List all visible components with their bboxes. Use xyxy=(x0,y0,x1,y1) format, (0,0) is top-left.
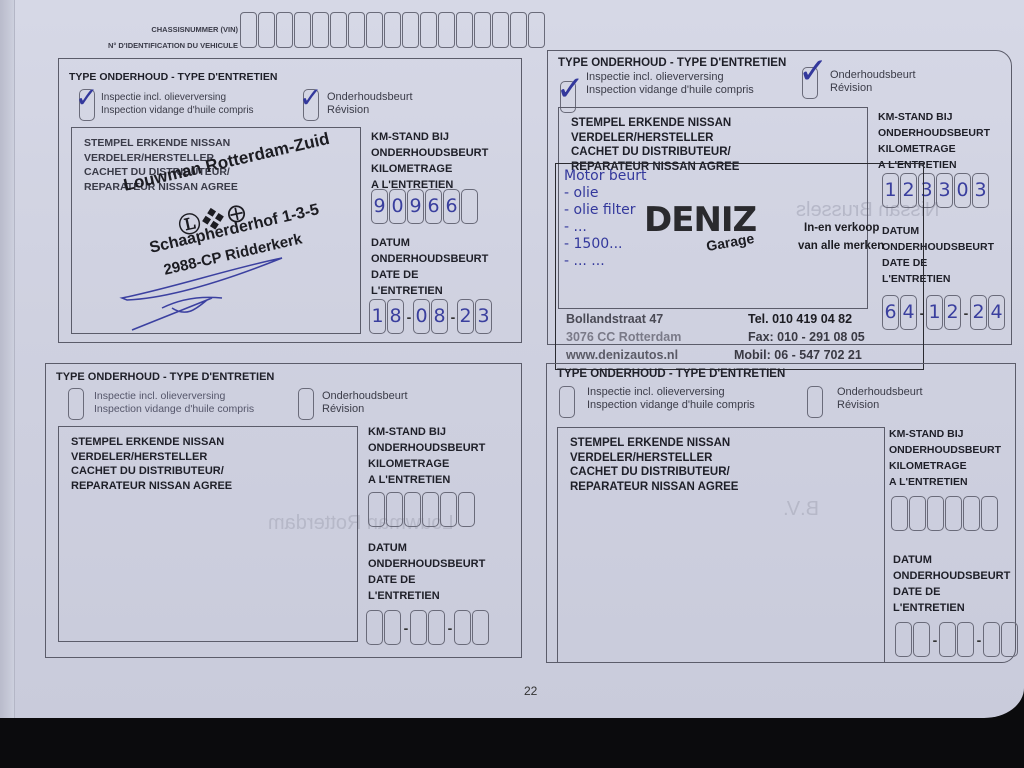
vin-box[interactable] xyxy=(240,12,257,48)
page-fold xyxy=(14,0,15,718)
vin-box[interactable] xyxy=(330,12,347,48)
garage-city: 3076 CC Rotterdam xyxy=(566,330,681,344)
dealer-stamp-area: STEMPEL ERKENDE NISSANVERDELER/HERSTELLE… xyxy=(58,426,358,642)
checkmark-icon: ✓ xyxy=(556,69,585,109)
digit-box[interactable] xyxy=(1001,622,1018,657)
stamp-label: STEMPEL ERKENDE NISSANVERDELER/HERSTELLE… xyxy=(570,436,738,494)
vin-box[interactable] xyxy=(492,12,509,48)
digit-box[interactable]: 8 xyxy=(387,299,404,334)
digit-box[interactable]: 9 xyxy=(407,189,424,224)
digit-box[interactable] xyxy=(895,622,912,657)
digit-box[interactable]: 6 xyxy=(443,189,460,224)
km-label: KM-STAND BIJONDERHOUDSBEURT KILOMETRAGEA… xyxy=(368,424,485,488)
note-line: - ... xyxy=(564,219,647,236)
digit-box[interactable]: 0 xyxy=(413,299,430,334)
vin-box[interactable] xyxy=(456,12,473,48)
vin-label-nl: CHASSISNUMMER (VIN) xyxy=(108,22,238,38)
garage-stamp-tagline-2: van alle merken xyxy=(798,240,884,252)
digit-box[interactable]: 1 xyxy=(926,295,943,330)
digit-box[interactable] xyxy=(410,610,427,645)
digit-box[interactable]: 1 xyxy=(369,299,386,334)
type-title: TYPE ONDERHOUD - TYPE D'ENTRETIEN xyxy=(69,71,277,83)
inspection-label: Inspectie incl. olieverversingInspection… xyxy=(101,91,254,117)
note-line: Motor beurt xyxy=(564,168,647,185)
digit-box[interactable]: 9 xyxy=(371,189,388,224)
vin-labels: CHASSISNUMMER (VIN) N° D'IDENTIFICATION … xyxy=(108,22,238,54)
date-separator: - xyxy=(931,632,939,648)
digit-box[interactable] xyxy=(366,610,383,645)
vin-box[interactable] xyxy=(348,12,365,48)
vin-box[interactable] xyxy=(312,12,329,48)
inspection-label: Inspectie incl. olieverversingInspection… xyxy=(586,71,754,97)
digit-box[interactable] xyxy=(404,492,421,527)
dealer-stamp-area: STEMPEL ERKENDE NISSANVERDELER/HERSTELLE… xyxy=(557,427,885,663)
stamp-label: STEMPEL ERKENDE NISSANVERDELER/HERSTELLE… xyxy=(71,435,232,493)
service-entry-1: TYPE ONDERHOUD - TYPE D'ENTRETIEN ✓ Insp… xyxy=(58,58,522,343)
checkmark-icon: ✓ xyxy=(75,81,98,114)
date-separator: - xyxy=(446,620,454,636)
service-label: OnderhoudsbeurtRévision xyxy=(322,390,408,416)
digit-box[interactable] xyxy=(983,622,1000,657)
digit-box[interactable] xyxy=(384,610,401,645)
digit-box[interactable]: 2 xyxy=(970,295,987,330)
service-entry-3: TYPE ONDERHOUD - TYPE D'ENTRETIEN Inspec… xyxy=(45,363,522,658)
date-label: DATUMONDERHOUDSBEURT DATE DEL'ENTRETIEN xyxy=(893,552,1010,616)
vin-input-boxes[interactable] xyxy=(240,12,545,48)
vin-box[interactable] xyxy=(438,12,455,48)
digit-box[interactable] xyxy=(458,492,475,527)
note-line: - ... ... xyxy=(564,253,647,270)
digit-box[interactable]: 3 xyxy=(475,299,492,334)
digit-box[interactable] xyxy=(422,492,439,527)
km-input[interactable]: 90966 xyxy=(371,189,479,224)
digit-box[interactable]: 4 xyxy=(988,295,1005,330)
digit-box[interactable] xyxy=(440,492,457,527)
km-input[interactable] xyxy=(891,496,999,531)
garage-fax: Fax: 010 - 291 08 05 xyxy=(748,330,865,344)
digit-box[interactable]: 0 xyxy=(389,189,406,224)
vin-box[interactable] xyxy=(420,12,437,48)
km-label: KM-STAND BIJONDERHOUDSBEURT KILOMETRAGEA… xyxy=(889,426,1001,490)
note-line: - olie xyxy=(564,185,647,202)
handwritten-notes: Motor beurt- olie- olie filter- ...- 150… xyxy=(564,168,647,270)
garage-tel: Tel. 010 419 04 82 xyxy=(748,312,852,326)
digit-box[interactable]: 3 xyxy=(936,173,953,208)
type-title: TYPE ONDERHOUD - TYPE D'ENTRETIEN xyxy=(558,57,786,69)
digit-box[interactable] xyxy=(913,622,930,657)
digit-box[interactable] xyxy=(945,496,962,531)
digit-box[interactable] xyxy=(909,496,926,531)
digit-box[interactable]: 3 xyxy=(972,173,989,208)
dealer-stamp-area: STEMPEL ERKENDE NISSANVERDELER/HERSTELLE… xyxy=(71,127,361,334)
date-separator: - xyxy=(402,620,410,636)
date-separator: - xyxy=(975,632,983,648)
vin-box[interactable] xyxy=(402,12,419,48)
service-label: OnderhoudsbeurtRévision xyxy=(830,69,916,95)
digit-box[interactable] xyxy=(939,622,956,657)
digit-box[interactable] xyxy=(461,189,478,224)
date-input[interactable]: -- xyxy=(366,610,490,645)
page-number: 22 xyxy=(524,684,537,698)
digit-box[interactable] xyxy=(386,492,403,527)
digit-box[interactable] xyxy=(472,610,489,645)
vin-box[interactable] xyxy=(294,12,311,48)
date-separator: - xyxy=(405,309,413,325)
vin-box[interactable] xyxy=(474,12,491,48)
garage-web: www.denizautos.nl xyxy=(566,348,678,362)
garage-stamp-tagline-1: In-en verkoop xyxy=(804,222,879,234)
service-entry-4: TYPE ONDERHOUD - TYPE D'ENTRETIEN Inspec… xyxy=(546,363,1016,663)
vin-box[interactable] xyxy=(366,12,383,48)
vin-label-fr: N° D'IDENTIFICATION DU VEHICULE xyxy=(108,38,238,54)
digit-box[interactable] xyxy=(981,496,998,531)
digit-box[interactable] xyxy=(927,496,944,531)
date-input[interactable]: -- xyxy=(895,622,1019,657)
digit-box[interactable] xyxy=(368,492,385,527)
vin-box[interactable] xyxy=(258,12,275,48)
digit-box[interactable]: 0 xyxy=(954,173,971,208)
garage-street: Bollandstraat 47 xyxy=(566,312,663,326)
km-input[interactable] xyxy=(368,492,476,527)
digit-box[interactable] xyxy=(454,610,471,645)
digit-box[interactable]: 6 xyxy=(425,189,442,224)
page-edge xyxy=(0,0,14,718)
service-booklet-page: CHASSISNUMMER (VIN) N° D'IDENTIFICATION … xyxy=(0,0,1024,718)
garage-stamp: DENIZ Garage In-en verkoop van alle merk… xyxy=(555,163,924,370)
date-label: DATUMONDERHOUDSBEURT DATE DEL'ENTRETIEN xyxy=(371,235,488,299)
inspection-label: Inspectie incl. olieverversingInspection… xyxy=(94,390,254,416)
digit-box[interactable]: 8 xyxy=(431,299,448,334)
checkmark-icon: ✓ xyxy=(798,51,828,92)
signature-icon xyxy=(112,238,312,333)
digit-box[interactable] xyxy=(963,496,980,531)
digit-box[interactable] xyxy=(957,622,974,657)
vin-section: CHASSISNUMMER (VIN) N° D'IDENTIFICATION … xyxy=(60,12,530,56)
date-separator: - xyxy=(449,309,457,325)
digit-box[interactable] xyxy=(891,496,908,531)
date-separator: - xyxy=(962,305,970,321)
digit-box[interactable] xyxy=(428,610,445,645)
vin-box[interactable] xyxy=(510,12,527,48)
service-checkbox[interactable] xyxy=(298,388,314,420)
vin-box[interactable] xyxy=(528,12,545,48)
digit-box[interactable]: 2 xyxy=(944,295,961,330)
digit-box[interactable]: 2 xyxy=(457,299,474,334)
type-title: TYPE ONDERHOUD - TYPE D'ENTRETIEN xyxy=(557,368,785,380)
vin-box[interactable] xyxy=(276,12,293,48)
date-label: DATUMONDERHOUDSBEURT DATE DEL'ENTRETIEN xyxy=(368,540,485,604)
km-label: KM-STAND BIJONDERHOUDSBEURT KILOMETRAGEA… xyxy=(371,129,488,193)
service-checkbox[interactable] xyxy=(807,386,823,418)
vin-box[interactable] xyxy=(384,12,401,48)
type-title: TYPE ONDERHOUD - TYPE D'ENTRETIEN xyxy=(56,371,274,383)
garage-mobile: Mobil: 06 - 547 702 21 xyxy=(734,348,862,362)
note-line: - olie filter xyxy=(564,202,647,219)
date-input[interactable]: 18-08-23 xyxy=(369,299,493,334)
note-line: - 1500... xyxy=(564,236,647,253)
checkmark-icon: ✓ xyxy=(299,81,322,114)
service-label: OnderhoudsbeurtRévision xyxy=(327,91,413,117)
inspection-checkbox[interactable] xyxy=(68,388,84,420)
inspection-label: Inspectie incl. olieverversingInspection… xyxy=(587,386,755,412)
service-label: OnderhoudsbeurtRévision xyxy=(837,386,923,412)
inspection-checkbox[interactable] xyxy=(559,386,575,418)
